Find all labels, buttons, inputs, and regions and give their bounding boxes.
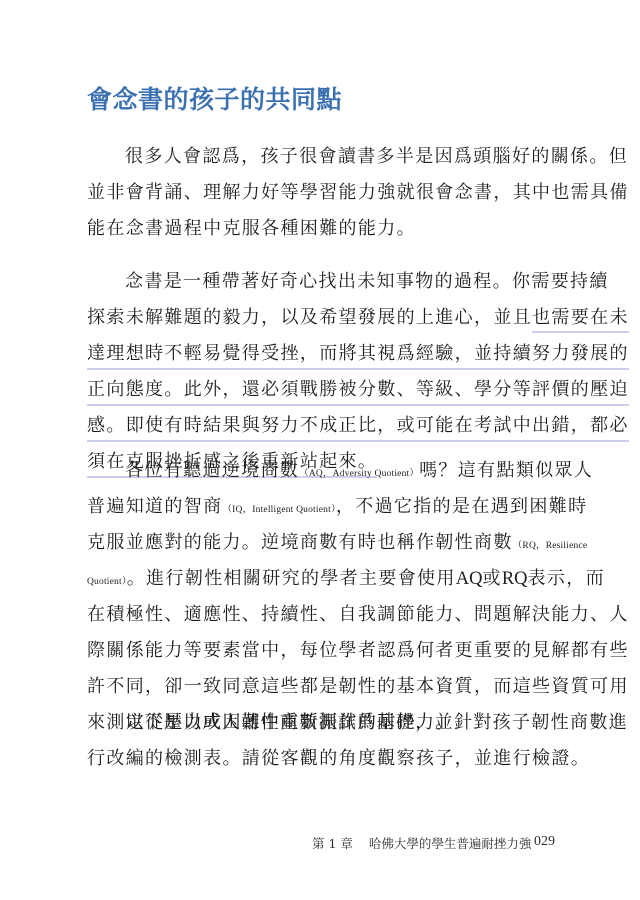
text-line: 很多人會認爲，孩子很會讀書多半是因爲頭腦好的關係。但 (87, 139, 554, 175)
text-segment: 探索未解難題的毅力，以及希望發展的上進心，並且 (87, 307, 532, 328)
text-segment: 普遍知道的智商 (87, 496, 222, 517)
text-line: 許不同，卻一致同意這些都是韌性的基本資質，而這些資質可用 (87, 669, 554, 705)
text-segment: ，不過它指的是在遇到困難時 (336, 496, 588, 517)
paragraph-4: 以下是以成人韌性商數測試爲基礎，並針對孩子韌性商數進 行改編的檢測表。請從客觀的… (87, 705, 554, 777)
english-annotation: （IQ，Intelligent Quotient） (222, 505, 335, 515)
text-segment: 或 (482, 568, 501, 589)
underlined-text: 感。即使有時結果與努力不成正比，或可能在考試中出錯，都必 (87, 412, 629, 442)
paragraph-2: 念書是一種帶著好奇心找出未知事物的過程。你需要持續 探索未解難題的毅力，以及希望… (87, 264, 554, 480)
chapter-title: 哈佛大學的學生普遍耐挫力強 (369, 836, 532, 851)
text-line: 探索未解難題的毅力，以及希望發展的上進心，並且也需要在未 (87, 300, 554, 336)
text-line: 並非會背誦、理解力好等學習能力強就很會念書，其中也需具備 (87, 175, 554, 211)
page-footer: 第 1 章 哈佛大學的學生普遍耐挫力強 029 (312, 834, 531, 852)
english-annotation: （RQ，Resilience (513, 541, 588, 551)
text-line: 各位有聽過逆境商數（AQ，Adversity Quotient）嗎？這有點類似眾… (87, 453, 554, 489)
text-line: 以下是以成人韌性商數測試爲基礎，並針對孩子韌性商數進 (87, 705, 554, 741)
text-line: 感。即使有時結果與努力不成正比，或可能在考試中出錯，都必 (87, 408, 554, 444)
text-line: 克服並應對的能力。逆境商數有時也稱作韌性商數（RQ，Resilience (87, 525, 554, 561)
abbrev-rq: RQ (502, 569, 528, 589)
text-line: 念書是一種帶著好奇心找出未知事物的過程。你需要持續 (87, 264, 554, 300)
text-segment: 各位有聽過逆境商數 (125, 460, 299, 481)
underlined-text: 達理想時不輕易覺得受挫，而將其視爲經驗，並持續努力發展的 (87, 340, 629, 370)
text-line: 普遍知道的智商（IQ，Intelligent Quotient），不過它指的是在… (87, 489, 554, 525)
text-segment: 。進行韌性相關研究的學者主要會使用 (127, 568, 456, 589)
text-line: 達理想時不輕易覺得受挫，而將其視爲經驗，並持續努力發展的 (87, 336, 554, 372)
underlined-text: 正向態度。此外，還必須戰勝被分數、等級、學分等評價的壓迫 (87, 376, 629, 406)
page-number: 029 (534, 834, 555, 850)
paragraph-1: 很多人會認爲，孩子很會讀書多半是因爲頭腦好的關係。但 並非會背誦、理解力好等學習… (87, 139, 554, 247)
underlined-text: 也需要在未 (532, 307, 629, 333)
paragraph-3: 各位有聽過逆境商數（AQ，Adversity Quotient）嗎？這有點類似眾… (87, 453, 554, 741)
text-line: Quotient）。進行韌性相關研究的學者主要會使用AQ或RQ表示，而 (87, 561, 554, 597)
abbrev-aq: AQ (456, 569, 483, 589)
text-line: 際關係能力等要素當中，每位學者認爲何者更重要的見解都有些 (87, 633, 554, 669)
chapter-label: 第 1 章 (312, 836, 353, 851)
english-annotation: （AQ，Adversity Quotient） (299, 469, 419, 479)
english-annotation: Quotient） (87, 577, 127, 587)
text-line: 能在念書過程中克服各種困難的能力。 (87, 211, 554, 247)
text-segment: 表示，而 (528, 568, 605, 589)
section-heading: 會念書的孩子的共同點 (87, 84, 342, 116)
text-line: 在積極性、適應性、持續性、自我調節能力、問題解決能力、人 (87, 597, 554, 633)
text-segment: 克服並應對的能力。逆境商數有時也稱作韌性商數 (87, 532, 513, 553)
text-segment: 嗎？這有點類似眾人 (419, 460, 593, 481)
text-line: 正向態度。此外，還必須戰勝被分數、等級、學分等評價的壓迫 (87, 372, 554, 408)
text-line: 行改編的檢測表。請從客觀的角度觀察孩子，並進行檢證。 (87, 741, 554, 777)
